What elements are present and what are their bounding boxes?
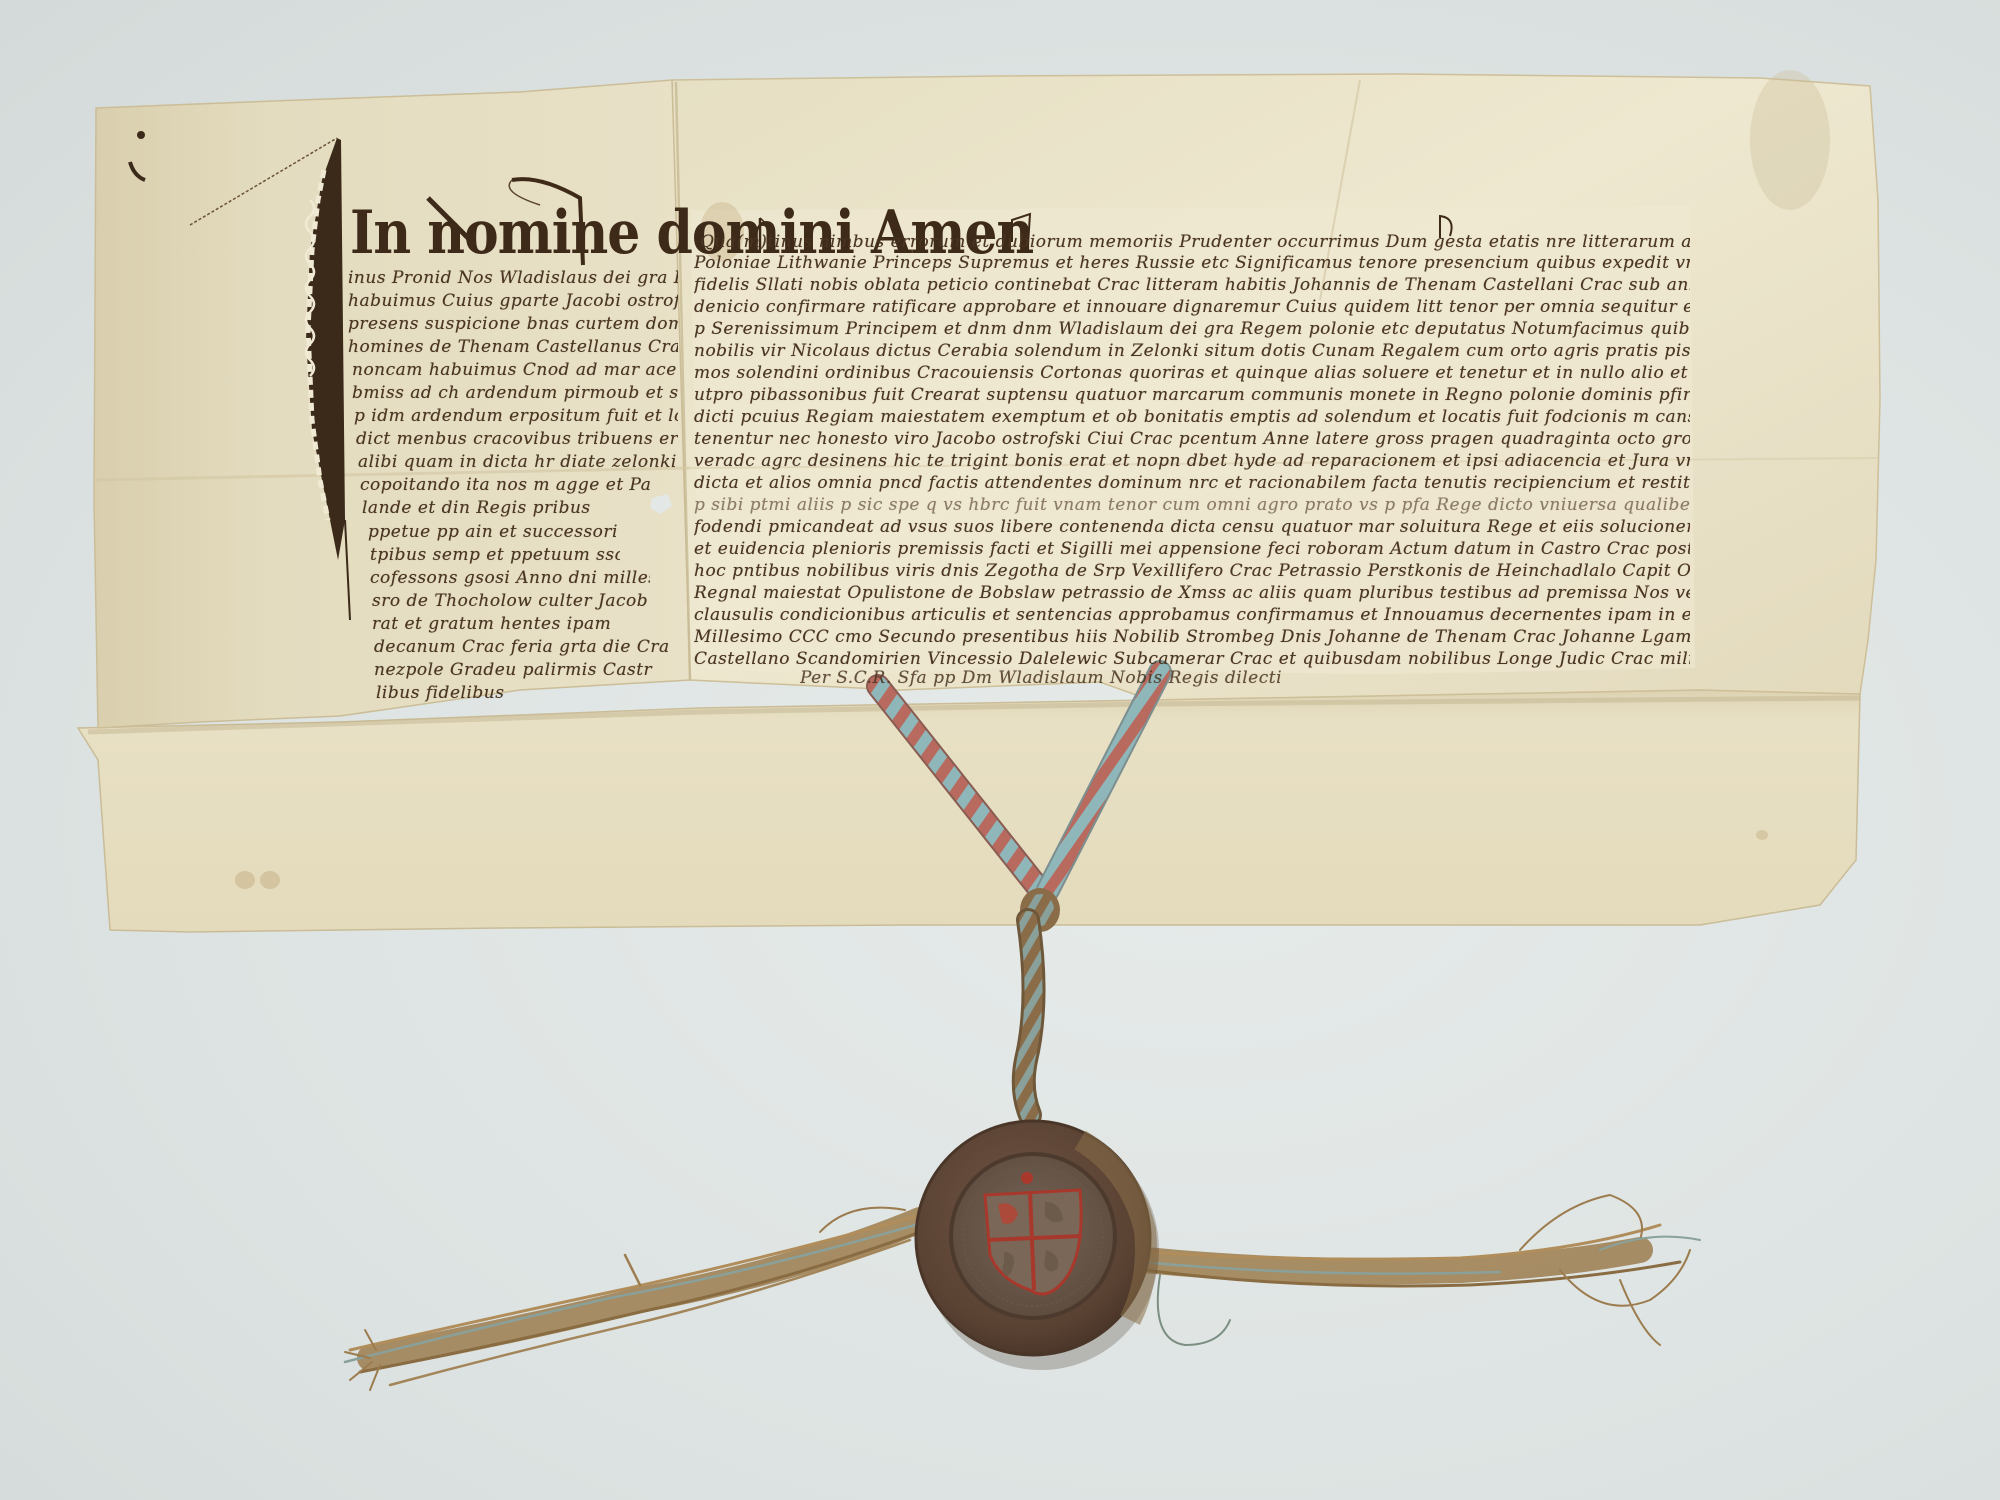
tassel-left: [345, 1208, 920, 1390]
charter-photograph: In nomine domini Amen inus Pronid Nos Wl…: [0, 0, 2000, 1500]
hanging-cord: [1024, 920, 1034, 1115]
tassel-right: [1140, 1195, 1700, 1345]
scene-graphics: [0, 0, 2000, 1500]
parchment-left-panel: [94, 80, 690, 728]
wax-seal: [916, 1121, 1159, 1370]
